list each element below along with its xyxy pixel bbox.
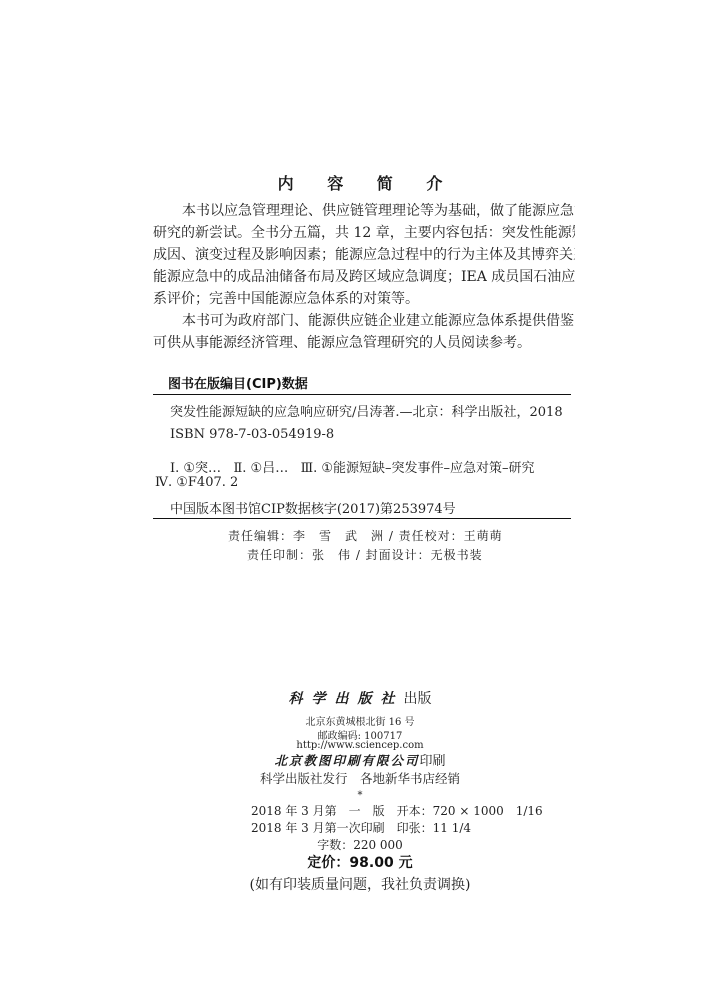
cip-isbn: ISBN 978-7-03-054919-8 [170,427,334,442]
intro-title: 内 容 简 介 [0,171,720,194]
publisher-suffix: 出版 [404,691,432,707]
cip-record-number: 中国版本图书馆CIP数据核字(2017)第253974号 [170,498,456,517]
publisher-line: 科学出版社出版 [0,688,720,708]
printing-line: 2018 年 3 月第一次印刷 印张：11 1/4 [251,819,471,836]
cip-title-line: 突发性能源短缺的应急响应研究/吕涛著.—北京：科学出版社，2018 [170,401,563,420]
text-line: 本书可为政府部门、能源供应链企业建立能源应急体系提供借鉴，也 [153,310,575,332]
edition-line: 2018 年 3 月第 一 版 开本：720 × 1000 1/16 [251,802,543,819]
cip-heading: 图书在版编目(CIP)数据 [168,373,308,392]
printer-line: 北京教图印刷有限公司印刷 [0,750,720,769]
text-line: 可供从事能源经济管理、能源应急管理研究的人员阅读参考。 [153,332,575,354]
cip-bottom-rule [153,518,571,519]
intro-paragraph-2: 本书可为政府部门、能源供应链企业建立能源应急体系提供借鉴，也 可供从事能源经济管… [153,310,575,354]
credits-production: 责任印制：张 伟 / 封面设计：无极书装 [247,546,483,563]
separator-asterisk: * [0,790,720,801]
printer-suffix: 印刷 [420,754,446,769]
word-count: 字数：220 000 [0,836,720,853]
text-line: 研究的新尝试。全书分五篇，共 12 章，主要内容包括：突发性能源短缺的 [153,222,575,244]
distribution-line: 科学出版社发行 各地新华书店经销 [0,769,720,787]
cip-top-rule [153,394,571,395]
cip-classification-1: Ⅰ. ①突… Ⅱ. ①吕… Ⅲ. ①能源短缺–突发事件–应急对策–研究 [170,457,535,476]
price: 定价：98.00 元 [0,852,720,872]
text-line: 本书以应急管理理论、供应链管理理论等为基础，做了能源应急管理 [153,200,575,222]
publisher-address: 北京东黄城根北街 16 号 [0,713,720,728]
printer-name: 北京教图印刷有限公司 [274,753,419,768]
intro-paragraph-1: 本书以应急管理理论、供应链管理理论等为基础，做了能源应急管理 研究的新尝试。全书… [153,200,575,310]
text-line: 成因、演变过程及影响因素；能源应急过程中的行为主体及其博弈关系； [153,244,575,266]
text-line: 系评价；完善中国能源应急体系的对策等。 [153,288,575,310]
credits-editors: 责任编辑：李 雪 武 洲 / 责任校对：王萌萌 [228,527,503,544]
quality-notice: (如有印装质量问题，我社负责调换) [0,874,720,894]
publisher-name: 科学出版社 [289,691,404,707]
text-line: 能源应急中的成品油储备布局及跨区域应急调度；IEA 成员国石油应急体 [153,266,575,288]
cip-classification-2: Ⅳ. ①F407. 2 [155,475,238,490]
